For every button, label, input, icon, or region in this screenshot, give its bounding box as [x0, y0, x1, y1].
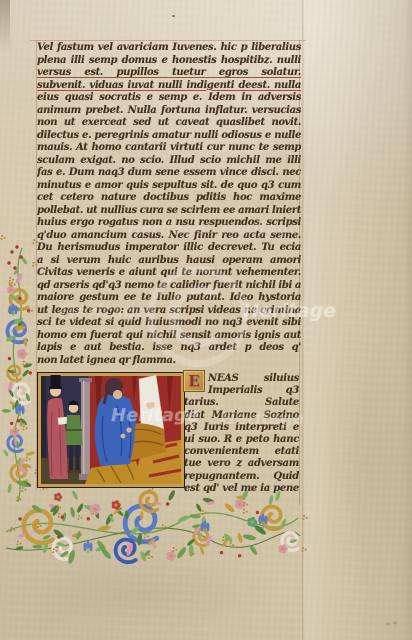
decorated-initial: E — [183, 370, 205, 392]
text-line: plena illi semp domus e honestis hospiti… — [37, 55, 301, 68]
right-column-line: repugnantem. Quid em — [184, 471, 299, 483]
main-text-block: Vel fastum vel avariciam Iuvenes. hic p … — [37, 42, 301, 367]
text-line: minutus e amor quis sepultus sit. de quo… — [37, 180, 301, 193]
right-column-line: ui suo. R e peto hanc — [184, 434, 299, 446]
text-line: cet cetero nature doctibus pditis hoc ma… — [37, 192, 301, 205]
right-column-line: tarius. Salute plurima — [184, 397, 299, 409]
right-column-line: q3 Iuris interpreti e conci — [184, 422, 299, 434]
right-column-line: diat Mariane Sozino viri — [184, 410, 299, 422]
text-line: pollebat. ut nullius cura se scirlem ee … — [37, 205, 301, 218]
text-line: fas e. Dum naq3 dum sene essem vince dis… — [37, 167, 301, 180]
miniature-illustration — [37, 372, 185, 488]
text-line: lapis e aut bestia. isse nq3 ardet p deo… — [37, 342, 301, 355]
ink-speck — [172, 15, 175, 17]
ruling-line-horizontal — [30, 40, 306, 41]
initial-letter: E — [188, 372, 199, 390]
page-corner-shadow — [0, 0, 10, 52]
text-line: eius quasi socratis e semp e. Idem in ad… — [37, 92, 301, 105]
text-line: Vel fastum vel avariciam Iuvenes. hic p … — [37, 42, 301, 55]
text-line: huius ergo rogatus non a nsu respuendos.… — [37, 217, 301, 230]
folio-mark — [384, 619, 400, 628]
text-line: maiore gestum ee te Iulio putant. Ideo h… — [37, 292, 301, 305]
text-line: homo em fuerat qui nichil sensit amoris … — [37, 330, 301, 343]
text-line: Civitas veneris e aiunt qui te norunt ve… — [37, 267, 301, 280]
right-column-line: est qd' vel me ia pene d3 — [184, 483, 299, 495]
text-line: qd arseris qd'q3 nemo te calidior fuerit… — [37, 280, 301, 293]
text-line: ut legas te rogo: an vera scripsi videas… — [37, 305, 301, 318]
text-line: sci te videat si quid huiusmodi no nq3 e… — [37, 317, 301, 330]
text-line: non latet ignea qr flamma. — [37, 355, 301, 368]
right-column-line: convenientem etati nec — [184, 446, 299, 458]
text-line: subvenit. viduas iuvat nulli indigenti d… — [37, 80, 301, 93]
text-line: non ut exerceat sed ut caveat quaslibet … — [37, 117, 301, 130]
page-edge-margin — [302, 0, 412, 640]
manuscript-photo: Vel fastum vel avariciam Iuvenes. hic p … — [0, 0, 412, 640]
text-line: a si verum huic auribus hausi operam amo… — [37, 255, 301, 268]
text-line: versus est. pupillos tuetur egros solatu… — [37, 67, 301, 80]
text-line: dilectus e. peregrinis amatur nulli odio… — [37, 130, 301, 143]
text-line: sculam exigat. no scio. Illud scio michi… — [37, 155, 301, 168]
text-line: animum prebet. Nulla fortuna inflatur. v… — [37, 105, 301, 118]
text-line: Du herismudus imperator illic decrevet. … — [37, 242, 301, 255]
right-column-line: tue vero z adversam et — [184, 458, 299, 470]
text-line: q'duo amancium casus. Nec finir reo acta… — [37, 230, 301, 243]
text-line: mauis. At homo cantarii virtuti cur nunc… — [37, 142, 301, 155]
